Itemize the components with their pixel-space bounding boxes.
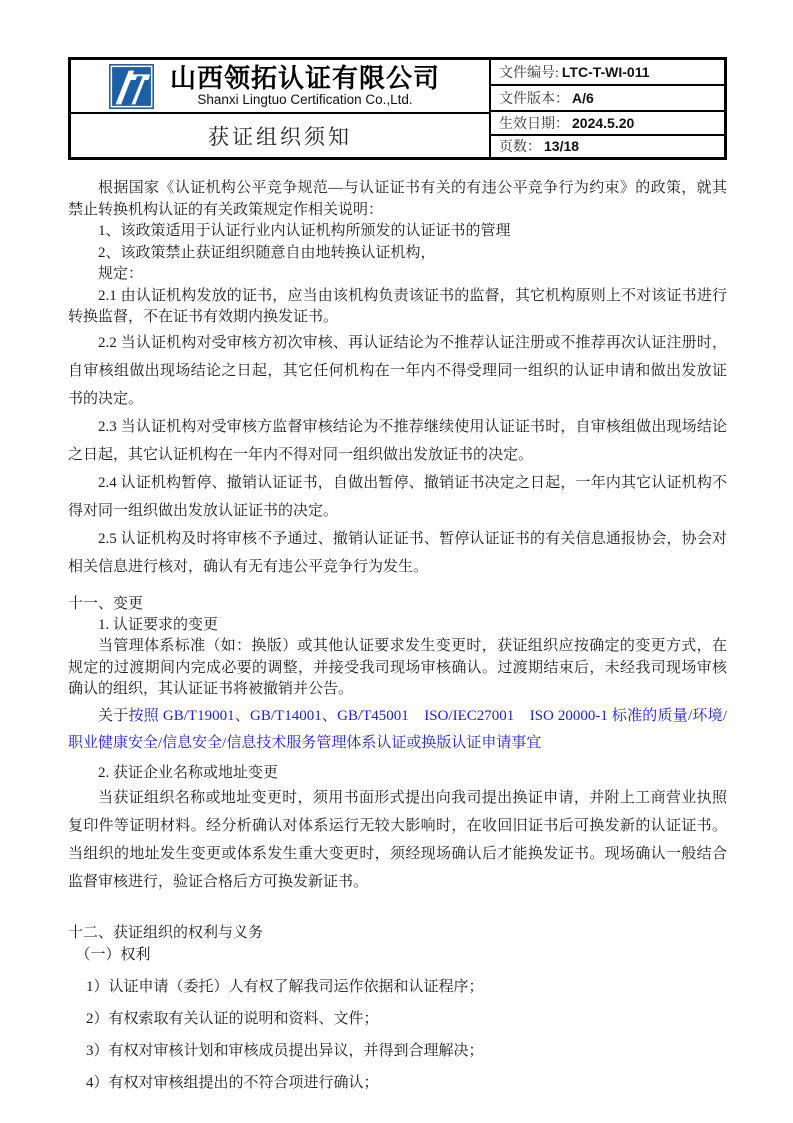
field-page-count-value: 13/18 xyxy=(544,138,579,154)
company-logo-icon xyxy=(109,64,154,109)
field-doc-version-label: 文件版本： xyxy=(499,88,569,108)
section-12-heading: 十二、获证组织的权利与义务 xyxy=(68,922,727,944)
section-11-heading: 十一、变更 xyxy=(68,593,727,615)
field-doc-version: 文件版本： A/6 xyxy=(491,86,724,112)
standards-notice-blue-text: 按照 GB/T19001、GB/T14001、GB/T45001 ISO/IEC… xyxy=(68,708,727,751)
document-page: 山西领拓认证有限公司 Shanxi Lingtuo Certification … xyxy=(0,0,793,1123)
standards-notice: 关于按照 GB/T19001、GB/T14001、GB/T45001 ISO/I… xyxy=(68,703,727,757)
header-left-column: 山西领拓认证有限公司 Shanxi Lingtuo Certification … xyxy=(71,60,491,157)
header-right-column: 文件编号: LTC-T-WI-011 文件版本： A/6 生效日期： 2024.… xyxy=(491,60,724,157)
company-name-cn: 山西领拓认证有限公司 xyxy=(170,65,440,92)
rule-2-1: 2.1 由认证机构发放的证书，应当由该机构负责该证书的监督，其它机构原则上不对该… xyxy=(68,286,727,329)
field-page-count-label: 页数： xyxy=(499,136,541,156)
rule-2-4: 2.4 认证机构暂停、撤销认证证书，自做出暂停、撤销证书决定之日起，一年内其它认… xyxy=(68,469,727,525)
field-effective-date-value: 2024.5.20 xyxy=(572,115,634,131)
rule-2-5: 2.5 认证机构及时将审核不予通过、撤销认证证书、暂停认证证书的有关信息通报协会… xyxy=(68,525,727,581)
section-11-sub-2: 2. 获证企业名称或地址变更 xyxy=(68,763,727,785)
field-effective-date-label: 生效日期： xyxy=(499,113,569,133)
section-11-para-2: 当获证组织名称或地址变更时，须用书面形式提出向我司提出换证申请，并附上工商营业执… xyxy=(68,784,727,896)
intro-paragraph: 根据国家《认证机构公平竞争规范—与认证证书有关的有违公平竞争行为约束》的政策，就… xyxy=(68,178,727,221)
policy-item-2: 2、该政策禁止获证组织随意自由地转换认证机构， xyxy=(68,243,727,265)
field-page-count: 页数： 13/18 xyxy=(491,136,724,157)
right-item-1: 1）认证申请（委托）人有权了解我司运作依据和认证程序； xyxy=(68,976,727,998)
right-item-2: 2）有权索取有关认证的说明和资料、文件； xyxy=(68,1008,727,1030)
rule-2-3: 2.3 当认证机构对受审核方监督审核结论为不推荐继续使用认证证书时，自审核组做出… xyxy=(68,413,727,469)
section-11-para-1: 当管理体系标准（如：换版）或其他认证要求发生变更时，获证组织应按确定的变更方式，… xyxy=(68,636,727,701)
company-name-en: Shanxi Lingtuo Certification Co.,Ltd. xyxy=(197,93,412,107)
section-12-sub: （一）权利 xyxy=(68,944,727,966)
field-doc-number-value: LTC-T-WI-011 xyxy=(562,64,650,80)
section-11-sub-1: 1. 认证要求的变更 xyxy=(68,615,727,637)
field-doc-number-label: 文件编号: xyxy=(499,62,559,82)
brand-cell: 山西领拓认证有限公司 Shanxi Lingtuo Certification … xyxy=(71,60,489,114)
field-effective-date: 生效日期： 2024.5.20 xyxy=(491,112,724,135)
right-item-3: 3）有权对审核计划和审核成员提出异议，并得到合理解决； xyxy=(68,1040,727,1062)
document-title: 获证组织须知 xyxy=(71,114,489,157)
document-body: 根据国家《认证机构公平竞争规范—与认证证书有关的有违公平竞争行为约束》的政策，就… xyxy=(68,178,727,1094)
standards-notice-prefix: 关于 xyxy=(98,708,128,724)
rules-label: 规定： xyxy=(68,264,727,286)
brand-text: 山西领拓认证有限公司 Shanxi Lingtuo Certification … xyxy=(170,65,440,107)
policy-item-1: 1、该政策适用于认证行业内认证机构所颁发的认证证书的管理 xyxy=(68,221,727,243)
right-item-4: 4）有权对审核组提出的不符合项进行确认； xyxy=(68,1072,727,1094)
field-doc-version-value: A/6 xyxy=(572,90,594,106)
field-doc-number: 文件编号: LTC-T-WI-011 xyxy=(491,60,724,86)
rule-2-2: 2.2 当认证机构对受审核方初次审核、再认证结论为不推荐认证注册或不推荐再次认证… xyxy=(68,329,727,413)
document-header-table: 山西领拓认证有限公司 Shanxi Lingtuo Certification … xyxy=(68,57,727,160)
